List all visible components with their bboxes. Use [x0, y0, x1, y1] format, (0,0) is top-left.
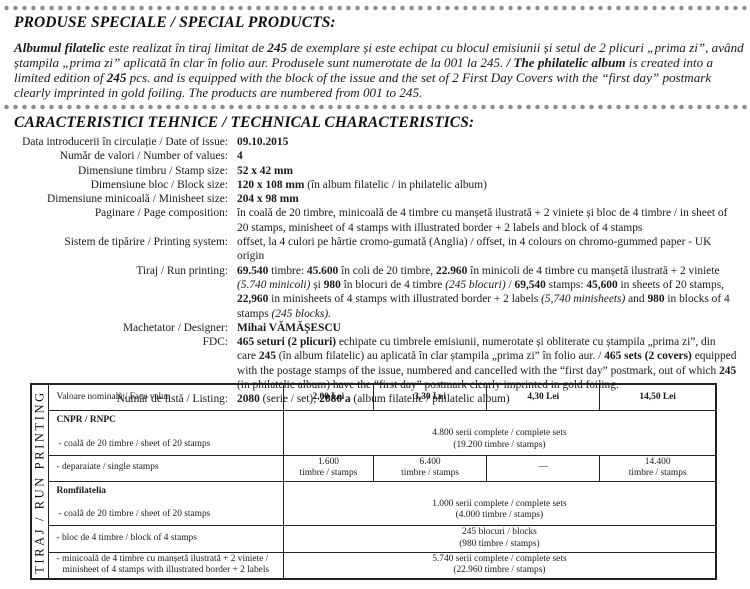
single-stamps-14-50: 14.400timbre / stamps — [600, 455, 716, 481]
side-label: TIRAJ / RUN PRINTING — [34, 390, 45, 574]
cnpr-singles-label: - deparaiate / single stamps — [48, 455, 283, 481]
technical-specs-list: Data introducerii în circulație / Date o… — [0, 135, 750, 407]
run-printing-table: TIRAJ / RUN PRINTING Valoare nominală / … — [30, 383, 717, 580]
spec-value: 69.540 timbre: 45.600 în coli de 20 timb… — [237, 264, 737, 321]
table-header-row: TIRAJ / RUN PRINTING Valoare nominală / … — [31, 384, 716, 410]
romfilatelia-sheet-label-cell: Romfilatelia - coală de 20 timbre / shee… — [48, 481, 283, 525]
face-value-label: Valoare nominală / Face value — [48, 384, 283, 410]
spec-label: Dimensiune timbru / Stamp size: — [0, 164, 228, 178]
table-row: CNPR / RNPC - coală de 20 timbre / sheet… — [31, 410, 716, 455]
dotted-separator-middle — [0, 104, 750, 110]
special-products-title: PRODUSE SPECIALE / SPECIAL PRODUCTS: — [14, 14, 336, 32]
spec-row: Tiraj / Run printing:69.540 timbre: 45.6… — [0, 264, 750, 321]
spec-label: Machetator / Designer: — [0, 321, 228, 335]
romfilatelia-sheet-value: 1.000 serii complete / complete sets (4.… — [283, 481, 716, 525]
romfilatelia-minisheet-label: - minicoală de 4 timbre cu manșetă ilust… — [48, 552, 283, 579]
spec-label: Număr de valori / Number of values: — [0, 149, 228, 163]
single-stamps-4-30: — — [487, 455, 600, 481]
spec-row: Dimensiune timbru / Stamp size:52 x 42 m… — [0, 164, 750, 178]
romfilatelia-group-label: Romfilatelia — [57, 486, 283, 497]
romfilatelia-sheet-label: - coală de 20 timbre / sheet of 20 stamp… — [57, 509, 283, 520]
spec-row: Sistem de tipărire / Printing system:off… — [0, 235, 750, 264]
dotted-separator-top — [0, 5, 750, 11]
spec-label: Dimensiune bloc / Block size: — [0, 178, 228, 192]
romfilatelia-block-value: 245 blocuri / blocks (980 timbre / stamp… — [283, 525, 716, 552]
spec-row: Paginare / Page composition:în coală de … — [0, 206, 750, 235]
spec-row: Dimensiune minicoală / Minisheet size:20… — [0, 192, 750, 206]
spec-value: 4 — [237, 149, 737, 163]
face-value-2-00: 2,00 Lei — [283, 384, 373, 410]
spec-value: 204 x 98 mm — [237, 192, 737, 206]
minisheet-sets: 5.740 serii complete / complete sets — [284, 554, 715, 565]
cnpr-sheet-stamps: (19.200 timbre / stamps) — [284, 440, 715, 451]
face-value-3-30: 3,30 Lei — [373, 384, 486, 410]
table-row: - bloc de 4 timbre / block of 4 stamps 2… — [31, 525, 716, 552]
table-row: Romfilatelia - coală de 20 timbre / shee… — [31, 481, 716, 525]
spec-row: Machetator / Designer:Mihai VĂMĂȘESCU — [0, 321, 750, 335]
spec-value: offset, la 4 culori pe hârtie cromo-guma… — [237, 235, 737, 264]
cnpr-sheet-label-cell: CNPR / RNPC - coală de 20 timbre / sheet… — [48, 410, 283, 455]
romfilatelia-sheet-sets: 1.000 serii complete / complete sets — [284, 499, 715, 510]
spec-label: Tiraj / Run printing: — [0, 264, 228, 321]
cnpr-sheet-value: 4.800 serii complete / complete sets (19… — [283, 410, 716, 455]
face-value-14-50: 14,50 Lei — [600, 384, 716, 410]
spec-value: 09.10.2015 — [237, 135, 737, 149]
spec-row: Număr de valori / Number of values:4 — [0, 149, 750, 163]
spec-value: Mihai VĂMĂȘESCU — [237, 321, 737, 335]
technical-characteristics-title: CARACTERISTICI TEHNICE / TECHNICAL CHARA… — [14, 114, 474, 132]
block-count: 245 blocuri / blocks — [284, 527, 715, 538]
spec-label: Dimensiune minicoală / Minisheet size: — [0, 192, 228, 206]
spec-value: 52 x 42 mm — [237, 164, 737, 178]
spec-value: 120 x 108 mm (în album filatelic / in ph… — [237, 178, 737, 192]
face-value-4-30: 4,30 Lei — [487, 384, 600, 410]
table-row: - minicoală de 4 timbre cu manșetă ilust… — [31, 552, 716, 579]
spec-label: Sistem de tipărire / Printing system: — [0, 235, 228, 264]
single-stamps-3-30: 6.400timbre / stamps — [373, 455, 486, 481]
spec-value: în coală de 20 timbre, minicoală de 4 ti… — [237, 206, 737, 235]
special-products-paragraph: Albumul filatelic este realizat în tiraj… — [14, 40, 744, 100]
minisheet-stamps: (22.960 timbre / stamps) — [284, 565, 715, 576]
cnpr-sheet-sets: 4.800 serii complete / complete sets — [284, 428, 715, 439]
side-label-cell: TIRAJ / RUN PRINTING — [31, 384, 48, 579]
romfilatelia-block-label: - bloc de 4 timbre / block of 4 stamps — [48, 525, 283, 552]
spec-row: Data introducerii în circulație / Date o… — [0, 135, 750, 149]
block-stamps: (980 timbre / stamps) — [284, 539, 715, 550]
cnpr-group-label: CNPR / RNPC — [57, 415, 283, 426]
romfilatelia-minisheet-value: 5.740 serii complete / complete sets (22… — [283, 552, 716, 579]
single-stamps-2-00: 1.600timbre / stamps — [283, 455, 373, 481]
spec-row: Dimensiune bloc / Block size:120 x 108 m… — [0, 178, 750, 192]
spec-label: Data introducerii în circulație / Date o… — [0, 135, 228, 149]
table-row: - deparaiate / single stamps 1.600timbre… — [31, 455, 716, 481]
romfilatelia-sheet-stamps: (4.000 timbre / stamps) — [284, 510, 715, 521]
spec-label: Paginare / Page composition: — [0, 206, 228, 235]
cnpr-sheet-label: - coală de 20 timbre / sheet of 20 stamp… — [57, 439, 283, 450]
